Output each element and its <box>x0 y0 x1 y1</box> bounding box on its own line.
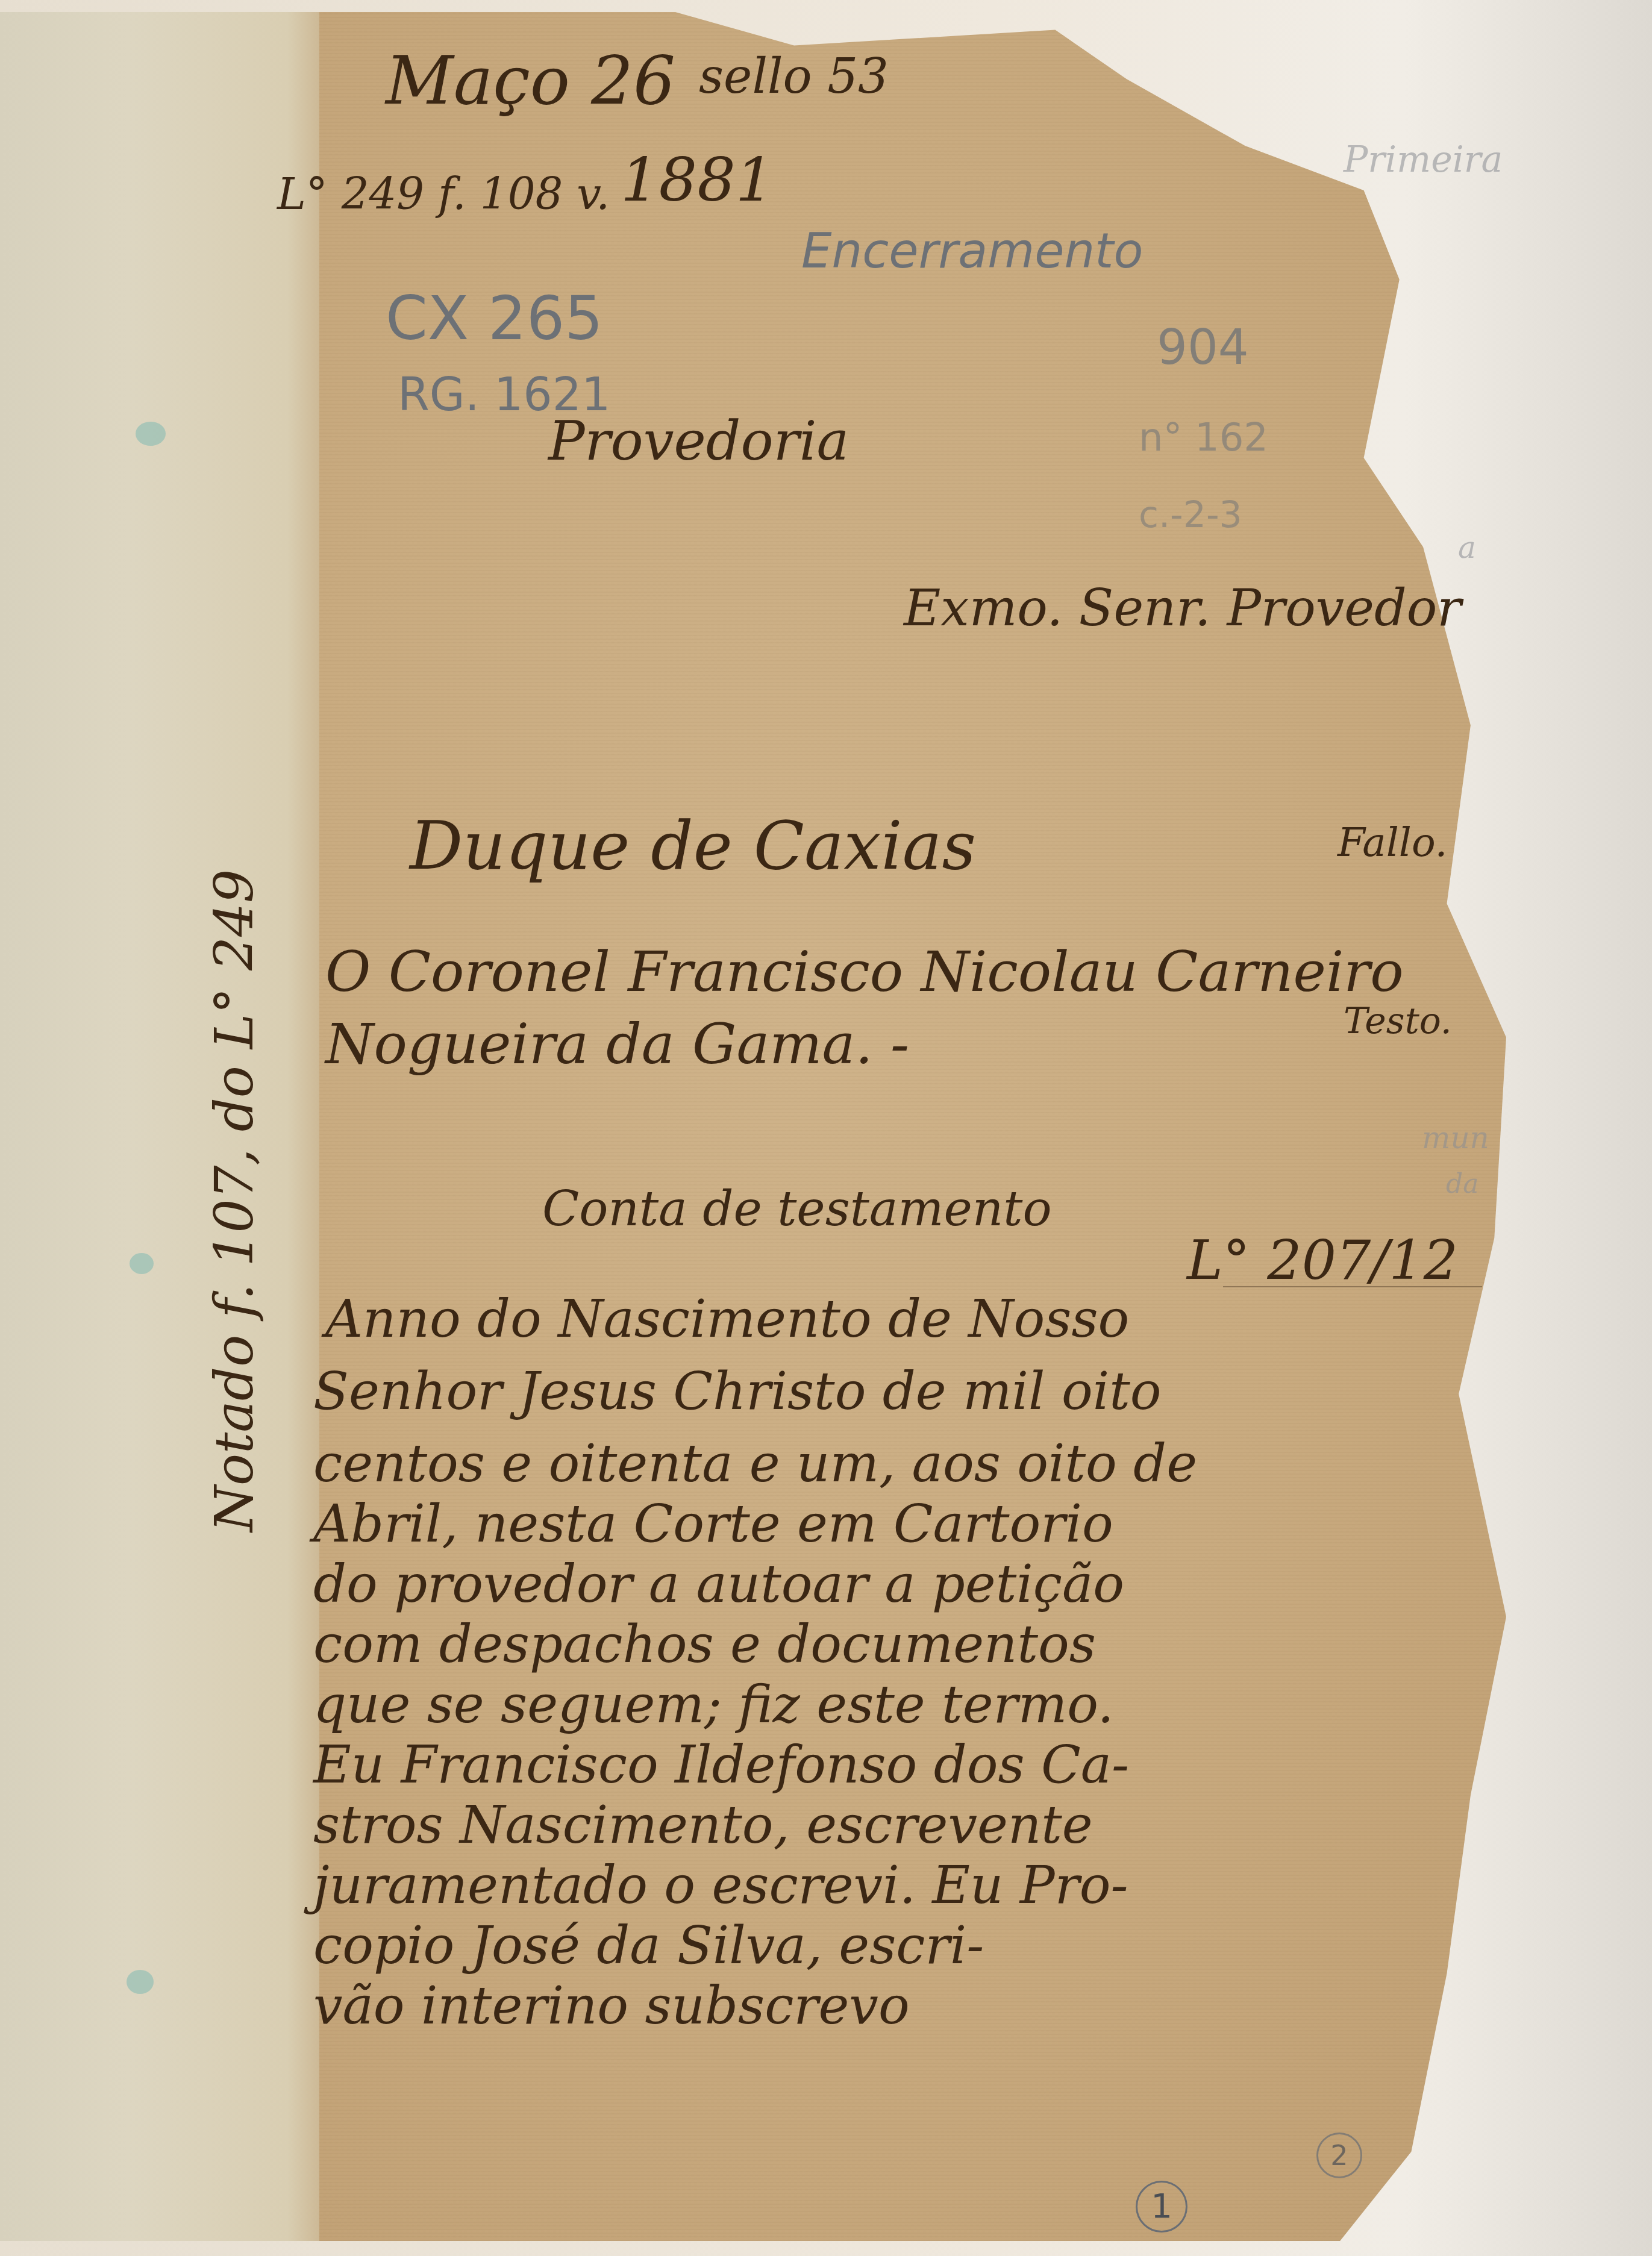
document-scan: Notado f. 107, do L° 249 Primeira a mun … <box>0 0 1652 2256</box>
header-sealed: sello 53 <box>699 48 889 104</box>
bleedthrough-text: da <box>1446 1169 1478 1199</box>
body-line: com despachos e documentos <box>313 1614 1096 1675</box>
salutation: Exmo. Senr. Provedor <box>904 578 1461 637</box>
subject-line: O Coronel Francisco Nicolau Carneiro <box>325 940 1404 1004</box>
header-year: 1881 <box>621 145 774 215</box>
body-line: vão interino subscrevo <box>313 1976 910 2036</box>
body-line: copio José da Silva, escri- <box>313 1916 984 1976</box>
body-line: Anno do Nascimento de Nosso <box>325 1289 1129 1349</box>
section-title: Conta de testamento <box>542 1181 1052 1237</box>
body-line: stros Nascimento, escrevente <box>313 1795 1093 1855</box>
pencil-right-number: c.-2-3 <box>1139 494 1242 536</box>
body-line: que se seguem; fiz este termo. <box>313 1675 1114 1735</box>
bleedthrough-text: mun <box>1422 1120 1489 1155</box>
folio-number-circle: 2 <box>1316 2133 1362 2178</box>
folio-number-circle: 1 <box>1136 2181 1187 2233</box>
body-line: Senhor Jesus Christo de mil oito <box>313 1361 1162 1422</box>
fee-underline <box>1223 1286 1482 1287</box>
box-number: CX 265 <box>386 283 603 354</box>
bleedthrough-text: Primeira <box>1344 139 1503 181</box>
left-margin-note: Notado f. 107, do L° 249 <box>203 869 265 1532</box>
stain-mark <box>130 1253 154 1274</box>
header-book-ref: L° 249 f. 108 v. <box>277 169 610 219</box>
document-title: Duque de Caxias <box>410 807 976 884</box>
body-line: Abril, nesta Corte em Cartorio <box>313 1494 1113 1554</box>
body-line: Eu Francisco Ildefonso dos Ca- <box>313 1735 1129 1795</box>
fee-annotation: L° 207/12 <box>1187 1229 1458 1292</box>
subject-line: Nogueira da Gama. - <box>325 1012 909 1076</box>
stain-mark <box>127 1970 154 1994</box>
pencil-right-number: n° 162 <box>1139 416 1268 460</box>
margin-note-fallo: Fallo. <box>1338 819 1447 866</box>
bleedthrough-text: a <box>1458 530 1476 565</box>
pencil-right-number: 904 <box>1157 319 1249 375</box>
margin-note-testo: Testo. <box>1344 1000 1452 1042</box>
binding-strip <box>0 12 319 2241</box>
stain-mark <box>136 422 166 446</box>
body-line: do provedor a autoar a petição <box>313 1554 1124 1614</box>
body-line: centos e oitenta e um, aos oito de <box>313 1434 1197 1494</box>
body-line: juramentado o escrevi. Eu Pro- <box>313 1855 1128 1916</box>
office-title: Provedoria <box>548 410 849 473</box>
header-reference: Maço 26 <box>386 42 675 119</box>
pencil-signature: Encerramento <box>801 223 1143 279</box>
